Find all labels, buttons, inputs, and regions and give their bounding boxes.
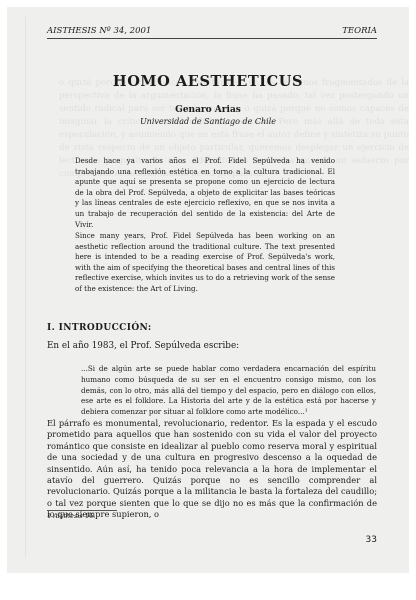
- intro-line: En el año 1983, el Prof. Sepúlveda escri…: [47, 341, 239, 351]
- document-page: o quizá porque tecnológicas y culturales…: [7, 7, 409, 573]
- footnote-page: 16.: [85, 512, 95, 520]
- author-affiliation: Universidad de Santiago de Chile: [7, 117, 409, 126]
- journal-citation: AISTHESIS Nº 34, 2001: [47, 26, 151, 36]
- article-title: HOMO AESTHETICUS: [7, 73, 409, 90]
- footnote-number: 1: [47, 512, 51, 520]
- footnote: 1 Aisthesis 16.: [47, 512, 95, 520]
- abstract-spanish: Desde hace ya varios años el Prof. Fidel…: [75, 156, 335, 230]
- section-label: TEORIA: [342, 26, 377, 36]
- block-quote: ...Si de algún arte se puede hablar como…: [81, 364, 376, 418]
- abstract-english: Since many years, Prof. Fidel Sepúlveda …: [75, 231, 335, 295]
- scan-margin-line: [25, 17, 26, 557]
- body-paragraph: El párrafo es monumental, revolucionario…: [47, 418, 377, 521]
- footnote-source: Aisthesis: [53, 512, 83, 520]
- author-name: Genaro Arias: [7, 105, 409, 115]
- footnote-rule: [47, 510, 117, 511]
- page-number: 33: [337, 535, 377, 545]
- running-head: AISTHESIS Nº 34, 2001 TEORIA: [47, 26, 377, 39]
- section-heading: I. INTRODUCCIÓN:: [47, 323, 152, 333]
